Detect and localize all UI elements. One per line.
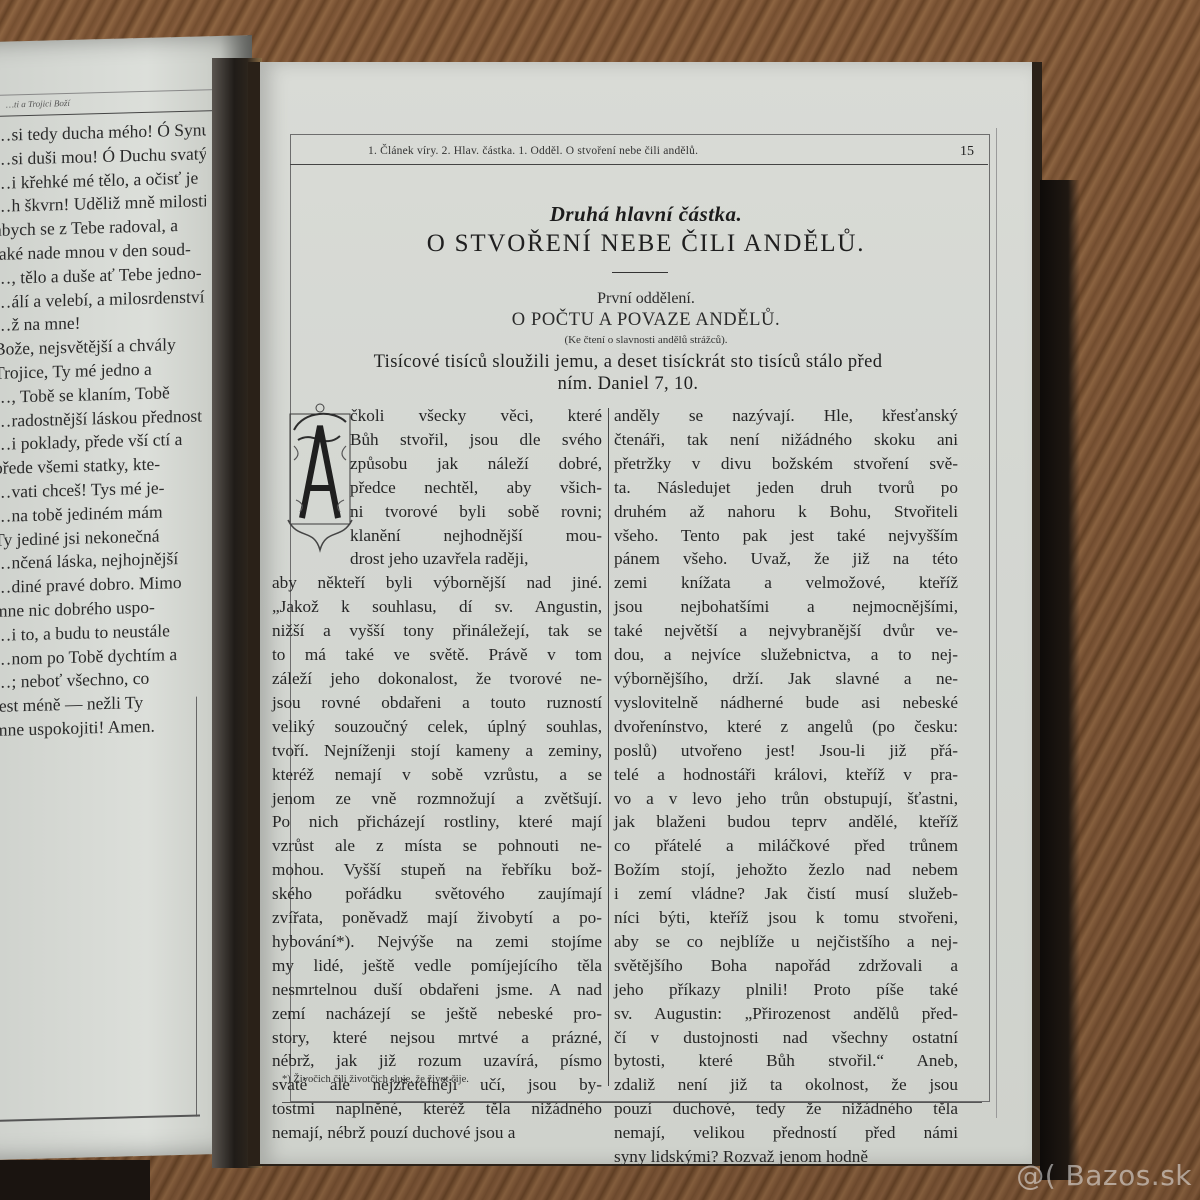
text-line: syny lidskými? Rozvaž jenom hodně: [614, 1145, 958, 1169]
text-line: Po nich přicházejí rostliny, které mají: [272, 810, 602, 834]
text-line: Bůh stvořil, jsou dle svého: [350, 428, 602, 452]
text-line: čtenáři, tak není nižádného skoku ani: [614, 428, 958, 452]
text-line: jeho příkazy plnili! Proto píše také: [614, 978, 958, 1002]
text-line: aby se co nejblíže u nejčistšího a nej-: [614, 930, 958, 954]
text-line: výbornějšího, drží. Jak slavné a ne-: [614, 667, 958, 691]
text-line: nemají, nébrž pouzí duchové jsou a: [272, 1121, 602, 1145]
epigraph: Tisícové tisíců sloužili jemu, a deset t…: [292, 351, 964, 395]
text-column-right: anděly se nazývají. Hle, křesťanskýčtená…: [614, 404, 958, 1169]
section-subtitle: O POČTU A POVAZE ANDĚLŮ.: [260, 310, 1032, 331]
column-divider: [608, 408, 609, 1086]
text-line: i zemí vládne? Jak čistí musí služeb-: [614, 882, 958, 906]
text-line: ského pořádku světového zaujímají: [272, 882, 602, 906]
text-line: přetržky v divu božském stvoření svě-: [614, 452, 958, 476]
right-page: 1. Článek víry. 2. Hlav. částka. 1. Oddě…: [260, 62, 1032, 1164]
text-line: tvoří. Nejníženji stojí kameny a zeminy,: [272, 739, 602, 763]
title-rule: [612, 272, 668, 273]
text-line: poslů) utvořeno jest! Jsou-li již přá-: [614, 739, 958, 763]
text-line: nižší a vyšší tony přináležejí, tak se: [272, 619, 602, 643]
text-line: ta. Následujet jeden druh tvorů po: [614, 476, 958, 500]
text-line: Božím stojí, jehožto žezlo nad nebem: [614, 858, 958, 882]
book-cover-shadow: [1040, 180, 1080, 1180]
footnote: *) Živočich čili životčich sluje, že živ…: [282, 1074, 469, 1085]
text-line: drost jeho uzavřela raději,: [350, 547, 602, 571]
text-line: nemají, velikou předností před námi: [614, 1121, 958, 1145]
running-head: 1. Článek víry. 2. Hlav. částka. 1. Oddě…: [290, 138, 988, 165]
chapter-label: Druhá hlavní částka.: [260, 202, 1032, 227]
text-line: sv. Augustin: „Přirozenost andělů před-: [614, 1002, 958, 1026]
text-line: druhém až nahoru k Bohu, Stvořiteli: [614, 500, 958, 524]
bottom-rule: [282, 1102, 982, 1103]
text-line: jsou nejbohatšími a nejmocnějšími,: [614, 595, 958, 619]
text-line: co přátelé a miláčkové před trůnem: [614, 834, 958, 858]
book-cover-edge: [0, 1160, 150, 1200]
text-line: způsobu jak náleží dobré,: [350, 452, 602, 476]
text-line: všeho. Tento pak jest také nejvyšším: [614, 524, 958, 548]
text-column-left: čkoli všecky věci, kteréBůh stvořil, jso…: [272, 404, 602, 1145]
text-line: světějšího Boha napořád zdržovali a: [614, 954, 958, 978]
text-line: zdaliž není již ta okolnost, že jsou: [614, 1073, 958, 1097]
page-frame-outer-line: [996, 128, 997, 1118]
text-line: čkoli všecky věci, které: [350, 404, 602, 428]
text-line: „Jakož k souhlasu, dí sv. Angustin,: [272, 595, 602, 619]
text-line: zvířata, poněvadž mají živobytí a po-: [272, 906, 602, 930]
text-line: vzrůst ale z místa se pohnouti ne-: [272, 834, 602, 858]
running-head-text: 1. Článek víry. 2. Hlav. částka. 1. Oddě…: [368, 145, 698, 157]
text-line: nébrž, jak již rozum uzavírá, písmo: [272, 1049, 602, 1073]
text-line: dvořenínstvo, které z angelů (po česku:: [614, 715, 958, 739]
text-line: čí v dustojnosti nad všechny ostatní: [614, 1026, 958, 1050]
section-heading: První oddělení.: [260, 290, 1032, 308]
reading-note: (Ke čtení o slavnosti andělů strážců).: [260, 334, 1032, 346]
text-line: předce nechtěl, aby všich-: [350, 476, 602, 500]
text-line: my lidé, ještě vedle pomíjejícího těla: [272, 954, 602, 978]
text-line: nesmrtelnou duší obdařeni jsme. A nad: [272, 978, 602, 1002]
text-line: hybování*). Nejvýše na zemi stojíme: [272, 930, 602, 954]
text-line: story, které nejsou mrtvé a prázné,: [272, 1026, 602, 1050]
text-line: jsou rovné obdařeni a touto ruzností: [272, 691, 602, 715]
text-line: mohou. Vyšší stupeň na řebříku bož-: [272, 858, 602, 882]
left-frame-line: [196, 697, 197, 1117]
text-line: vo a v levo jeho trůn obstupují, šťastni…: [614, 787, 958, 811]
text-line: záleží jeho dokonalost, že tvorové ne-: [272, 667, 602, 691]
text-line: zemí nacházejí se ještě nebeské pro-: [272, 1002, 602, 1026]
left-top-rule: [0, 89, 220, 96]
text-line: vyslovitelně nádherné bude asi nebeské: [614, 691, 958, 715]
text-line: bytosti, které Bůh stvořil.“ Aneb,: [614, 1049, 958, 1073]
text-line: aby někteří byli výbornější nad jiné.: [272, 571, 602, 595]
text-line: pánem všeho. Uvaž, že již na této: [614, 547, 958, 571]
text-line: jak blaženi budou teprv andělé, kteříž: [614, 810, 958, 834]
text-line: také největší a nejvybranější dvůr ve-: [614, 619, 958, 643]
left-running-head: …ti a Trojici Boží: [6, 98, 70, 110]
page-number: 15: [960, 144, 974, 160]
text-line: ni tvorové byli sobě rovni;: [350, 500, 602, 524]
text-line: to má také ve světě. Právě v tom: [272, 643, 602, 667]
text-line: kteréž nemají v sobě vzrůstu, a se: [272, 763, 602, 787]
text-line: níci býti, kteříž jsou k tomu stvořeni,: [614, 906, 958, 930]
bazos-watermark: @( Bazos.sk: [1016, 1159, 1192, 1192]
text-line: telé a hodnostáři královi, kteříž v pra-: [614, 763, 958, 787]
chapter-title: O STVOŘENÍ NEBE ČILI ANDĚLŮ.: [260, 230, 1032, 258]
text-line: jenom ze vně rozmnožují a zvětšují.: [272, 787, 602, 811]
epigraph-line-1: Tisícové tisíců sloužili jemu, a deset t…: [292, 351, 964, 373]
epigraph-line-2: ním. Daniel 7, 10.: [292, 373, 964, 395]
left-head-rule: [0, 110, 220, 117]
text-line: klanění nejhodnější mou-: [350, 524, 602, 548]
text-line: pouzí duchové, tedy že nižádného těla: [614, 1097, 958, 1121]
text-line: veliký souzoučný celek, úplný souhlas,: [272, 715, 602, 739]
text-line: mne uspokojiti! Amen.: [0, 713, 206, 742]
text-line: tostmi naplněné, kteréž těla nižádného: [272, 1097, 602, 1121]
text-line: dou, a nejvíce služebnictva, a to nej-: [614, 643, 958, 667]
left-page-text: …si tedy ducha mého! Ó Synu,…si duši mou…: [0, 118, 206, 742]
left-bottom-rule: [0, 1115, 200, 1122]
text-line: zemi knížata a velmožové, kteříž: [614, 571, 958, 595]
text-line: anděly se nazývají. Hle, křesťanský: [614, 404, 958, 428]
